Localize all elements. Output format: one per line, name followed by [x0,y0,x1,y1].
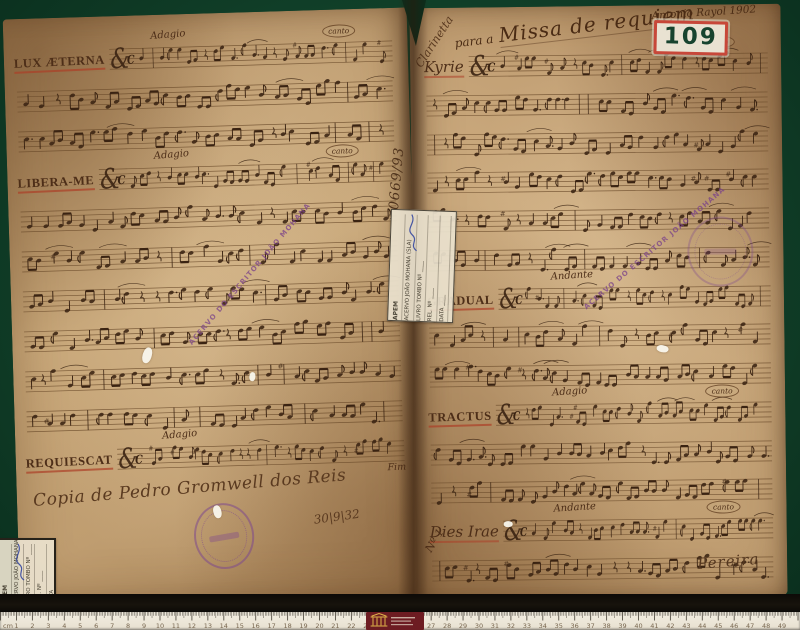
stamp-inner-ring [694,223,747,280]
staff-system: ###Pereira [430,550,775,584]
stamp-inner-ring [197,507,251,566]
staff-system: # [425,123,770,157]
archive-label: APEMACERVO JOÃO MOHANA (SLA)LIVRO TOMBO … [387,209,457,323]
staff-system [424,85,769,119]
staff-system [21,274,402,315]
handwritten-staff: # [425,123,770,157]
svg-text:13: 13 [204,622,212,630]
handwritten-staff: &C# [502,511,775,544]
handwritten-staff: # [23,354,404,395]
svg-text:#: # [277,362,283,371]
canto-annotation: canto [705,384,738,397]
section-label: LUX ÆTERNA [14,53,105,74]
right-page-staves: Kyrie&C##canto######GRADUAL&C#Andante###… [424,46,775,584]
svg-text:37: 37 [587,622,595,630]
svg-text:18: 18 [283,622,291,630]
svg-text:31: 31 [491,622,499,630]
svg-text:42: 42 [666,622,674,630]
svg-text:#: # [463,564,469,572]
staff-system [429,434,774,468]
svg-text:cm: cm [3,622,13,630]
svg-text:14: 14 [220,622,228,630]
manuscript-left-page: LUX ÆTERNA&C##AdagiocantoLIBERA-ME&C##Ad… [3,7,424,607]
handwritten-staff: &C## [494,395,773,428]
svg-text:8: 8 [126,622,130,630]
svg-text:C: C [117,173,126,187]
measuring-ruler: cm12345678910111213141516171819202122232… [0,612,800,630]
staff-system: Dies Irae&C#AndantecantoNº 1 [430,511,775,545]
svg-text:27: 27 [427,622,435,630]
title-prefix: para a [454,32,494,50]
svg-text:2: 2 [30,622,34,630]
svg-text:C: C [487,60,495,74]
handwritten-staff: &C## [97,154,398,193]
table-surface [0,594,800,612]
svg-text:#: # [514,53,519,62]
svg-text:C: C [513,409,521,424]
svg-text:15: 15 [236,622,244,630]
svg-text:36: 36 [571,622,579,630]
handwritten-staff: # [19,234,400,275]
svg-text:#: # [573,404,578,412]
paper-damage-spot [504,521,513,527]
section-label: TRACTUS [428,409,492,428]
svg-text:38: 38 [602,622,610,630]
svg-text:29: 29 [459,622,467,630]
svg-text:#: # [170,449,175,457]
pen-scribble [406,212,421,252]
ruler-scale: cm12345678910111213141516171819202122232… [0,612,800,630]
staff-system: # [24,394,405,435]
svg-text:3: 3 [46,622,50,630]
svg-text:6: 6 [94,622,98,630]
staff-system: # [19,234,400,275]
svg-text:4: 4 [62,622,66,630]
staff-system: # [23,354,404,395]
svg-text:#: # [653,525,658,533]
svg-text:#: # [725,171,731,179]
svg-text:#: # [517,366,523,374]
catalog-number: 109 [664,23,719,50]
svg-text:#: # [148,445,153,453]
svg-text:45: 45 [714,622,722,630]
handwritten-staff [424,85,769,119]
svg-text:39: 39 [618,622,626,630]
handwritten-staff [18,194,399,235]
svg-text:30: 30 [475,622,483,630]
staff-system: LUX ÆTERNA&C##Adagiocanto [13,34,394,75]
staff-system: TRACTUS&C##Adagiocanto [428,395,773,429]
manuscript-scan: LUX ÆTERNA&C##AdagiocantoLIBERA-ME&C##Ad… [0,0,800,630]
catalog-number-sticker: 109 [653,20,728,56]
section-label: REQUIESCAT [26,453,113,474]
svg-text:20: 20 [315,622,323,630]
copy-date: 30|9|32 [313,507,361,527]
svg-text:48: 48 [762,622,770,630]
handwritten-staff [15,74,396,115]
svg-text:28: 28 [443,622,451,630]
svg-text:1: 1 [14,622,18,630]
svg-text:#: # [376,40,381,48]
svg-text:C: C [127,52,135,67]
archive-label-line: DATA ____ [437,216,452,322]
section-label: LIBERA-ME [17,173,94,194]
handwritten-staff [21,274,402,315]
left-page-staves: LUX ÆTERNA&C##AdagiocantoLIBERA-ME&C##Ad… [13,34,406,475]
section-label: Kyrie [424,58,464,78]
svg-text:#: # [500,210,506,218]
svg-text:40: 40 [634,622,642,630]
svg-text:33: 33 [523,622,531,630]
svg-text:10: 10 [156,622,164,630]
svg-text:17: 17 [268,622,276,630]
svg-text:9: 9 [142,622,146,630]
svg-text:#: # [704,175,710,183]
svg-text:22: 22 [347,622,355,630]
tempo-marking: Adagio [552,385,588,398]
svg-text:46: 46 [730,622,738,630]
svg-text:11: 11 [172,622,180,630]
svg-text:C: C [515,292,523,307]
svg-text:34: 34 [539,622,547,630]
svg-text:32: 32 [507,622,515,630]
svg-text:7: 7 [110,622,114,630]
svg-text:C: C [135,452,143,467]
handwritten-staff [429,434,774,468]
svg-text:#: # [738,326,744,334]
handwritten-staff: &C### [115,434,406,473]
svg-text:43: 43 [682,622,690,630]
staff-system [15,74,396,115]
staff-system: ## [427,317,772,351]
svg-text:#: # [292,42,297,50]
round-ink-stamp-icon [189,499,259,574]
svg-text:44: 44 [698,622,706,630]
svg-text:49: 49 [778,622,786,630]
svg-text:47: 47 [746,622,754,630]
svg-text:19: 19 [299,622,307,630]
staff-system: REQUIESCAT&C###AdagioFim [25,434,406,475]
manuscript-right-page: Clarinetta para aMissa de requiem Antoni… [409,4,787,600]
staff-system [18,194,399,235]
svg-text:12: 12 [188,622,196,630]
handwritten-staff: # [24,394,405,435]
archive-label-text: APEMACERVO JOÃO MOHANA (SLA)LIVRO TOMBO … [388,210,456,323]
svg-text:41: 41 [650,622,658,630]
svg-text:#: # [466,491,472,499]
svg-text:5: 5 [78,622,82,630]
fine-marking: Fim [387,462,406,474]
svg-text:35: 35 [555,622,563,630]
svg-text:#: # [570,413,575,421]
staff-system: LIBERA-ME&C##Adagiocanto [17,154,398,195]
svg-text:C: C [520,525,528,540]
svg-text:#: # [368,164,373,173]
svg-text:#: # [306,160,311,169]
pen-scribble [14,542,28,582]
svg-text:21: 21 [331,622,339,630]
tempo-marking: Andante [551,269,594,283]
handwritten-staff: ## [427,317,772,351]
svg-text:#: # [543,57,548,66]
svg-text:16: 16 [252,622,260,630]
